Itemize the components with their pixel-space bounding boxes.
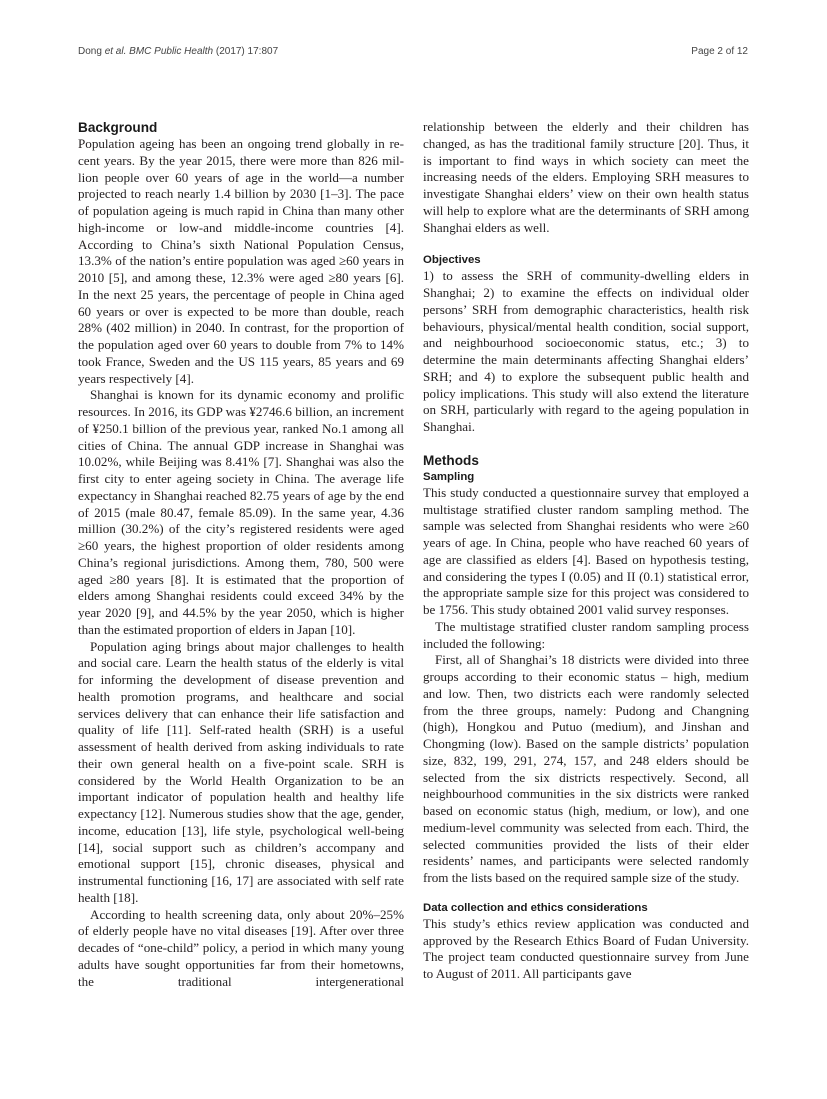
sampling-paragraph-2: The multistage stratified cluster random… <box>423 619 749 653</box>
methods-heading: Methods <box>423 452 749 469</box>
background-heading: Background <box>78 119 404 136</box>
right-column: relationship between the elderly and the… <box>423 119 749 983</box>
author: Dong <box>78 46 102 57</box>
journal-name: BMC Public Health <box>129 46 213 57</box>
running-head: Dong et al. BMC Public Health (2017) 17:… <box>78 46 748 57</box>
background-paragraph-1: Population ageing has been an ongoing tr… <box>78 136 404 387</box>
data-collection-text: This study’s ethics review application w… <box>423 916 749 983</box>
page-number: Page 2 of 12 <box>691 46 748 57</box>
left-column: Background Population ageing has been an… <box>78 119 404 990</box>
sampling-paragraph-3: First, all of Shanghai’s 18 districts we… <box>423 652 749 887</box>
data-collection-heading: Data collection and ethics consideration… <box>423 900 749 916</box>
citation-line: Dong et al. BMC Public Health (2017) 17:… <box>78 46 278 57</box>
et-al: et al. <box>105 46 127 57</box>
background-paragraph-2: Shanghai is known for its dynamic econom… <box>78 387 404 638</box>
objectives-text: 1) to assess the SRH of community-dwelli… <box>423 268 749 436</box>
sampling-paragraph-1: This study conducted a questionnaire sur… <box>423 485 749 619</box>
background-paragraph-3: Population aging brings about major chal… <box>78 639 404 907</box>
background-paragraph-4: According to health screening data, only… <box>78 907 404 991</box>
objectives-heading: Objectives <box>423 252 749 268</box>
background-paragraph-4-continued: relationship between the elderly and the… <box>423 119 749 236</box>
citation: (2017) 17:807 <box>216 46 278 57</box>
sampling-heading: Sampling <box>423 469 749 485</box>
